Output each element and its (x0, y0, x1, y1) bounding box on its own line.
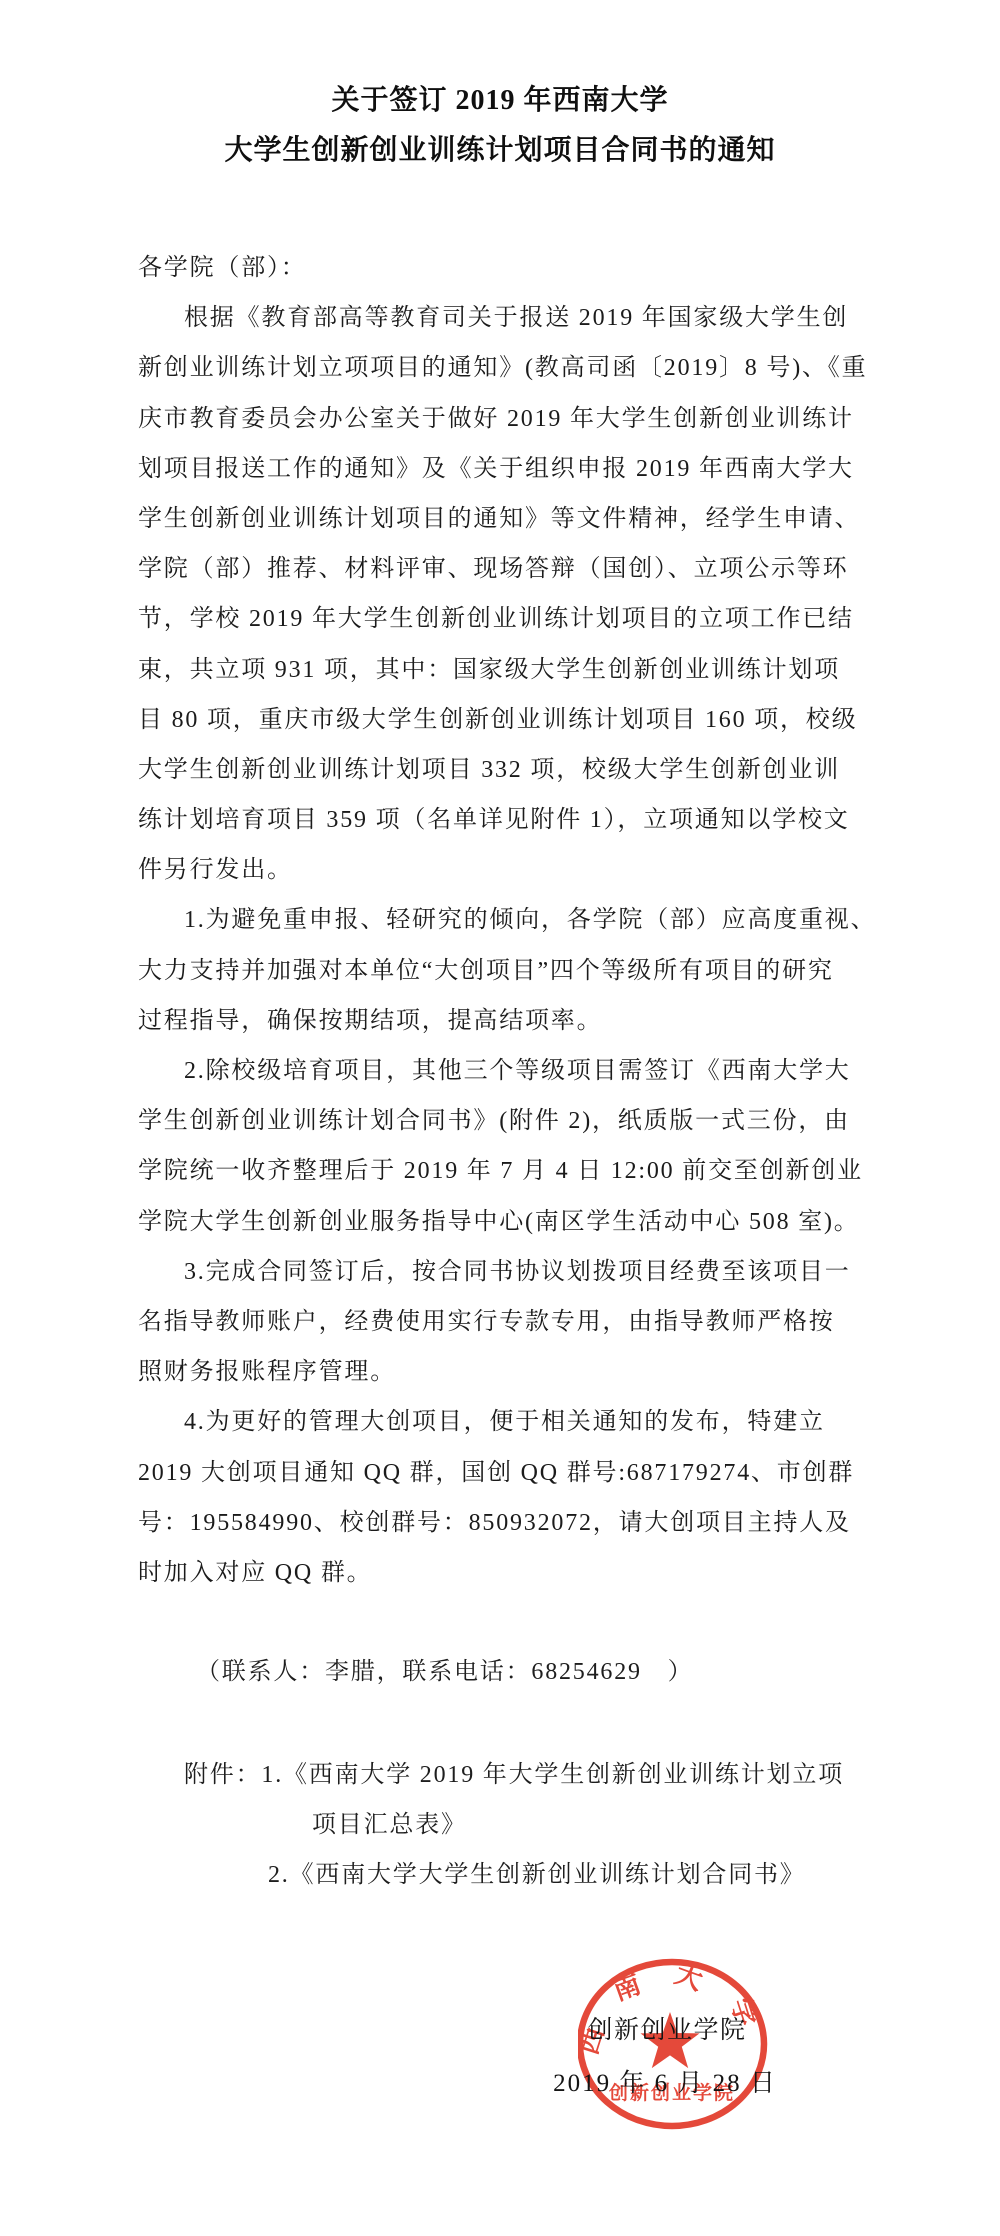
contact-line: （联系人：李腊，联系电话：68254629 ） (138, 1647, 986, 1697)
text-line: 件另行发出。 (138, 845, 928, 895)
text-line: 过程指导，确保按期结项，提高结项率。 (138, 996, 928, 1046)
text-line: 学院（部）推荐、材料评审、现场答辩（国创）、立项公示等环 (138, 544, 928, 594)
text-line: 项目汇总表》 (138, 1800, 928, 1850)
title-line-2: 大学生创新创业训练计划项目合同书的通知 (0, 126, 1000, 176)
signature-org: 创新创业学院 (587, 2010, 746, 2046)
text-line: 节，学校 2019 年大学生创新创业训练计划项目的立项工作已结 (138, 594, 928, 644)
text-line: 名指导教师账户，经费使用实行专款专用，由指导教师严格按 (138, 1297, 928, 1347)
text-line: 学院大学生创新创业服务指导中心(南区学生活动中心 508 室)。 (138, 1197, 928, 1247)
text-line: 根据《教育部高等教育司关于报送 2019 年国家级大学生创 (138, 293, 928, 343)
text-line: 4.为更好的管理大创项目，便于相关通知的发布，特建立 (138, 1397, 928, 1447)
text-line: 2.《西南大学大学生创新创业训练计划合同书》 (138, 1850, 928, 1900)
text-line: 大力支持并加强对本单位“大创项目”四个等级所有项目的研究 (138, 946, 928, 996)
attachments-list: 附件：1.《西南大学 2019 年大学生创新创业训练计划立项项目汇总表》2.《西… (138, 1750, 928, 1901)
body-text: 各学院（部）：根据《教育部高等教育司关于报送 2019 年国家级大学生创新创业训… (138, 243, 928, 1598)
document-page: 关于签订 2019 年西南大学 大学生创新创业训练计划项目合同书的通知 各学院（… (0, 0, 1000, 2236)
text-line: 3.完成合同签订后，按合同书协议划拨项目经费至该项目一 (138, 1247, 928, 1297)
text-line: 划项目报送工作的通知》及《关于组织申报 2019 年西南大学大 (138, 444, 928, 494)
text-line: 附件：1.《西南大学 2019 年大学生创新创业训练计划立项 (138, 1750, 928, 1800)
text-line: 号：195584990、校创群号：850932072，请大创项目主持人及 (138, 1498, 928, 1548)
text-line: 庆市教育委员会办公室关于做好 2019 年大学生创新创业训练计 (138, 394, 928, 444)
text-line: 新创业训练计划立项项目的通知》(教高司函〔2019〕8 号)、《重 (138, 343, 928, 393)
signature-date: 2019 年 6 月 28 日 (553, 2063, 777, 2099)
text-line: 目 80 项，重庆市级大学生创新创业训练计划项目 160 项，校级 (138, 695, 928, 745)
text-line: 学生创新创业训练计划合同书》(附件 2)，纸质版一式三份，由 (138, 1096, 928, 1146)
text-line: 大学生创新创业训练计划项目 332 项，校级大学生创新创业训 (138, 745, 928, 795)
text-line: 各学院（部）： (138, 243, 928, 293)
text-line: 练计划培育项目 359 项（名单详见附件 1），立项通知以学校文 (138, 795, 928, 845)
text-line: 2019 大创项目通知 QQ 群，国创 QQ 群号:687179274、市创群 (138, 1448, 928, 1498)
text-line: 束，共立项 931 项，其中：国家级大学生创新创业训练计划项 (138, 645, 928, 695)
text-line: 时加入对应 QQ 群。 (138, 1548, 928, 1598)
text-line: 学生创新创业训练计划项目的通知》等文件精神，经学生申请、 (138, 494, 928, 544)
title-line-1: 关于签订 2019 年西南大学 (0, 76, 1000, 126)
text-line: 1.为避免重申报、轻研究的倾向，各学院（部）应高度重视、 (138, 895, 928, 945)
document-title: 关于签订 2019 年西南大学 大学生创新创业训练计划项目合同书的通知 (0, 76, 1000, 176)
text-line: 学院统一收齐整理后于 2019 年 7 月 4 日 12:00 前交至创新创业 (138, 1146, 928, 1196)
text-line: 2.除校级培育项目，其他三个等级项目需签订《西南大学大 (138, 1046, 928, 1096)
text-line: 照财务报账程序管理。 (138, 1347, 928, 1397)
